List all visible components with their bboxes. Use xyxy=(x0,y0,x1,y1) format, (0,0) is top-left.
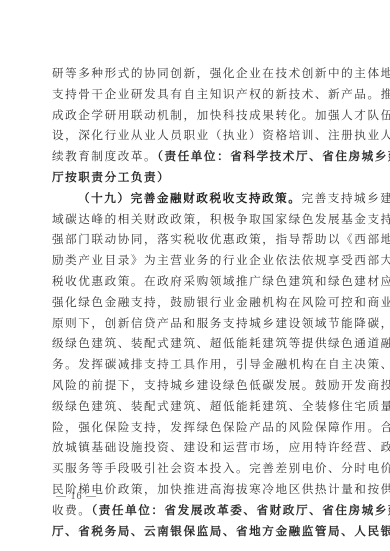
text-segment: 原则下，创新信贷产品和服务支持城乡建设领域节能降碳，为星 xyxy=(52,316,390,330)
text-line: 放城镇基础设施投资、建设和运营市场，应用特许经营、政府购 xyxy=(52,437,342,458)
text-segment: 民阶梯电价政策，加快推进高海拔寒冷地区供热计量和按供热量 xyxy=(52,482,390,496)
text-line: 研等多种形式的协同创新，强化企业在技术创新中的主体地位， xyxy=(52,63,342,84)
text-segment: 级绿色建筑、装配式建筑、超低能耗建筑等提供绿色通道融资服 xyxy=(52,336,390,350)
text-line: 级绿色建筑、装配式建筑、超低能耗建筑等提供绿色通道融资服 xyxy=(52,333,342,354)
text-line: 买服务等手段吸引社会资本投入。完善差别电价、分时电价和居 xyxy=(52,458,342,479)
text-line: 成政企学研用联动机制，加快科技成果转化。加强人才队伍建 xyxy=(52,105,342,126)
text-line: 支持骨干企业研发具有自主知识产权的新技术、新产品。推动形 xyxy=(52,84,342,105)
text-segment: 险，强化保险支持，发挥绿色保险产品的风险保障作用。合理开 xyxy=(52,420,390,434)
text-segment: 成政企学研用联动机制，加快科技成果转化。加强人才队伍建 xyxy=(52,108,390,122)
text-line: 设，深化行业从业人员职业（执业）资格培训、注册执业人员继 xyxy=(52,125,342,146)
text-segment: 励类产业目录》为主营业务的行业企业依法依规享受西部大开发 xyxy=(52,253,390,267)
text-segment: 支持骨干企业研发具有自主知识产权的新技术、新产品。推动形 xyxy=(52,87,390,101)
responsible-units: 厅、省税务局、云南银保监局、省地方金融监管局、人民银行昆 xyxy=(52,524,390,538)
text-line: 励类产业目录》为主营业务的行业企业依法依规享受西部大开发 xyxy=(52,250,342,271)
text-line: 收费。（责任单位：省发展改革委、省财政厅、省住房城乡建设 xyxy=(52,500,342,521)
text-segment: 续教育制度改革。 xyxy=(52,149,157,163)
body-text: 研等多种形式的协同创新，强化企业在技术创新中的主体地位，支持骨干企业研发具有自主… xyxy=(52,63,342,541)
text-line: 风险的前提下，支持城乡建设绿色低碳发展。鼓励开发商投保星 xyxy=(52,375,342,396)
text-line: 续教育制度改革。（责任单位：省科学技术厅、省住房城乡建设 xyxy=(52,146,342,167)
text-segment: 完善支持城乡建设领 xyxy=(301,191,390,205)
text-segment: 强部门联动协同，落实税收优惠政策，指导帮助以《西部地区鼓 xyxy=(52,232,390,246)
text-segment: 域碳达峰的相关财政政策，积极争取国家绿色发展基金支持。加 xyxy=(52,212,390,226)
text-line: 强部门联动协同，落实税收优惠政策，指导帮助以《西部地区鼓 xyxy=(52,229,342,250)
text-line: 税收优惠政策。在政府采购领域推广绿色建筑和绿色建材应用。 xyxy=(52,271,342,292)
section-heading: （十九）完善金融财政税收支持政策。 xyxy=(78,191,301,205)
text-line: 务。发挥碳减排支持工具作用，引导金融机构在自主决策、自担 xyxy=(52,354,342,375)
text-line: 级绿色建筑、装配式建筑、超低能耗建筑、全装修住宅质量保 xyxy=(52,396,342,417)
text-segment: 收费。 xyxy=(52,503,91,517)
text-line: （十九）完善金融财政税收支持政策。完善支持城乡建设领 xyxy=(52,188,342,209)
text-segment: 研等多种形式的协同创新，强化企业在技术创新中的主体地位， xyxy=(52,66,390,80)
responsible-units: （责任单位：省发展改革委、省财政厅、省住房城乡建设 xyxy=(91,503,390,517)
text-segment: 买服务等手段吸引社会资本投入。完善差别电价、分时电价和居 xyxy=(52,461,390,475)
text-segment: 强化绿色金融支持，鼓励银行业金融机构在风险可控和商业自主 xyxy=(52,295,390,309)
text-segment: 放城镇基础设施投资、建设和运营市场，应用特许经营、政府购 xyxy=(52,440,390,454)
text-segment: 风险的前提下，支持城乡建设绿色低碳发展。鼓励开发商投保星 xyxy=(52,378,390,392)
responsible-units: 厅按职责分工负责） xyxy=(52,170,170,184)
text-segment: 税收优惠政策。在政府采购领域推广绿色建筑和绿色建材应用。 xyxy=(52,274,390,288)
document-page: 研等多种形式的协同创新，强化企业在技术创新中的主体地位，支持骨干企业研发具有自主… xyxy=(0,0,390,551)
responsible-units: （责任单位：省科学技术厅、省住房城乡建设 xyxy=(157,149,390,163)
text-line: 强化绿色金融支持，鼓励银行业金融机构在风险可控和商业自主 xyxy=(52,292,342,313)
text-line: 原则下，创新信贷产品和服务支持城乡建设领域节能降碳，为星 xyxy=(52,313,342,334)
page-number: — 16 — xyxy=(56,491,97,502)
text-segment: 级绿色建筑、装配式建筑、超低能耗建筑、全装修住宅质量保 xyxy=(52,399,390,413)
text-line: 险，强化保险支持，发挥绿色保险产品的风险保障作用。合理开 xyxy=(52,417,342,438)
text-segment: 设，深化行业从业人员职业（执业）资格培训、注册执业人员继 xyxy=(52,128,390,142)
text-line: 厅、省税务局、云南银保监局、省地方金融监管局、人民银行昆 xyxy=(52,521,342,542)
text-line: 厅按职责分工负责） xyxy=(52,167,342,188)
text-segment: 务。发挥碳减排支持工具作用，引导金融机构在自主决策、自担 xyxy=(52,357,390,371)
text-line: 域碳达峰的相关财政政策，积极争取国家绿色发展基金支持。加 xyxy=(52,209,342,230)
